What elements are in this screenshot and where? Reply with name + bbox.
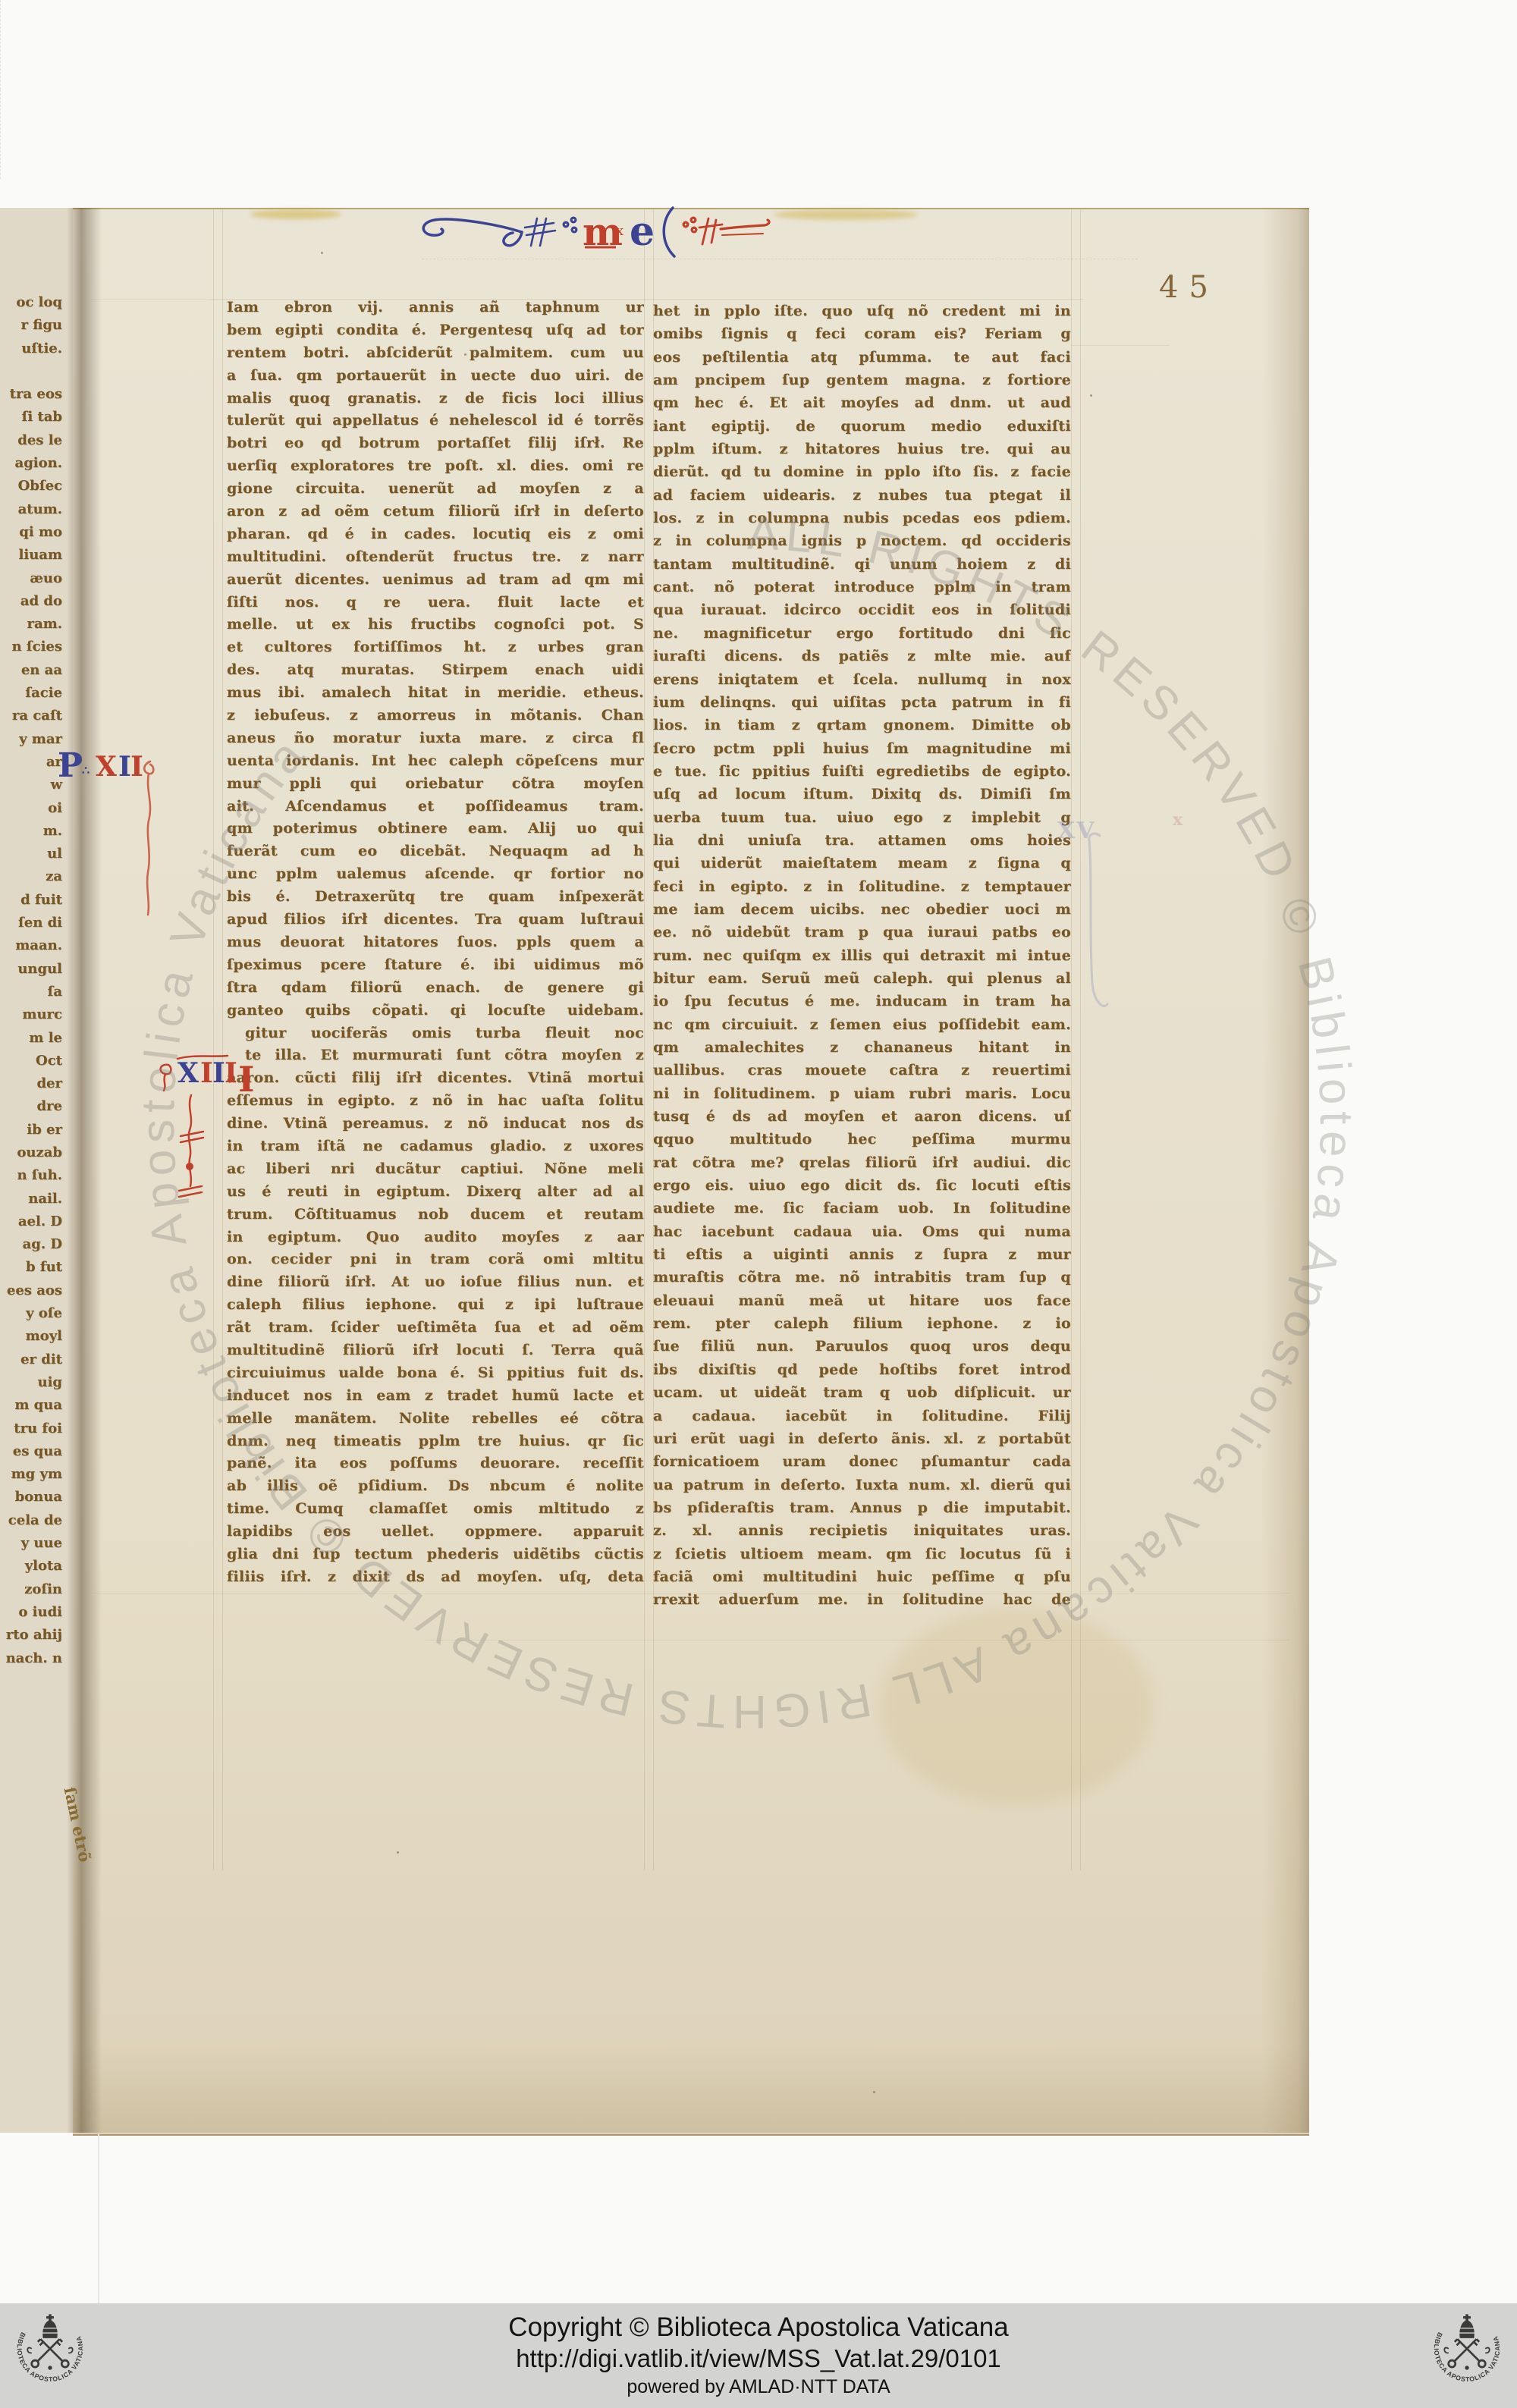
ruling-line [213,209,214,1870]
edge-fragment: liuam [0,544,65,567]
manuscript-line: mus deuorat hitatores ſuos. ppls quem a [227,931,644,954]
manuscript-line: dine filiorũ iſrł. At uo ioſue filius nu… [227,1271,644,1294]
manuscript-line: lia dni uniuſa tra. attamen oms hoies [653,829,1071,852]
manuscript-line: ganteo quibs cõpati. qi locuſte uidebam. [227,1000,644,1022]
edge-fragment: ul [0,843,65,865]
page-bottom-shading [73,2043,1309,2133]
edge-fragment: ad do [0,590,65,613]
manuscript-line: faciã omi multitudini huic peſſime q pſu [653,1565,1071,1588]
manuscript-line: lapidibs eos uellet. oppmere. apparuit [227,1521,644,1543]
manuscript-line: glia dni ſup tectum phederis uidẽtibs cũ… [227,1543,644,1566]
ruling-guide [0,89,1,179]
edge-fragment: tru foi [0,1417,65,1440]
manuscript-line: qm hec é. Et ait moyſes ad dnm. ut aud [653,391,1071,414]
blue-swash-icon [423,218,555,246]
bleed-through-numeral: XV [1057,818,1096,844]
edge-fragment: qi mo [0,521,65,544]
ruling-line [1080,209,1081,1870]
vatican-library-logo: BIBLIOTECA APOSTOLICA VATICANA [9,2306,91,2403]
ruling-line [644,209,645,1870]
edge-fragment: ſen di [0,912,65,934]
page-edge-shading [1262,208,1309,2133]
manuscript-line: iuraſti dicens. ds patiẽs z mlte mie. au… [653,645,1071,667]
manuscript-line: on. cecider pni in tram corã omi mltitu [227,1248,644,1271]
chapter-13-numeral-i2: I [212,1057,225,1089]
manuscript-line: et cultores fortiſſimos ht. z urbes gran [227,636,644,659]
manuscript-line: het in pplo iſte. quo uſq nõ credent mi … [653,300,1071,322]
manuscript-line: eos peſtilentia atq pſumma. te aut faci [653,346,1071,369]
edge-fragment: tra eos [0,383,65,406]
edge-fragment: m. [0,820,65,843]
manuscript-line: eſſemus in egipto. z nõ in hac uaſta ſol… [227,1090,644,1113]
manuscript-line: z in columpna ignis p noctem. qd occider… [653,529,1071,552]
chapter-12-numeral-i1: I [118,751,131,783]
edge-fragment: Obſec [0,475,65,498]
running-title-letter-e: e [630,209,655,255]
manuscript-line: z. xl. annis recipietis iniquitates uras… [653,1519,1071,1542]
manuscript-line: rat cõtra me? qrelas filiorũ iſrł audiui… [653,1151,1071,1174]
papal-keys-tiara-icon [1444,2315,1489,2369]
manuscript-line: ac liberi nri ducãtur captiui. Nõne meli [227,1158,644,1181]
footer-powered-by: powered by AMLAD·NTT DATA [0,2376,1517,2398]
edge-fragment: ſacie [0,682,65,705]
parchment-stain [880,1608,1153,1805]
manuscript-line: z ſcietis ultioem meam. qm ſic locutus ſ… [653,1543,1071,1565]
manuscript-line: fuerãt cum eo dicebãt. Nequaqm ad h [227,840,644,863]
manuscript-line: auerũt dicentes. uenimus ad tram ad qm m… [227,569,644,592]
manuscript-line: me iam decem uicibs. nec obedier uoci m [653,898,1071,921]
manuscript-line: ab illis oẽ pſidium. Ds nbcum é nolite [227,1475,644,1498]
edge-fragment: ib er [0,1119,65,1141]
manuscript-line: ibs dixiſtis qd pede hoſtibs foret intro… [653,1358,1071,1381]
manuscript-line: audiete me. ſic faciam uob. In ſolitudin… [653,1197,1071,1220]
manuscript-line: aneus ño moratur iuxta mare. z circa fl [227,727,644,750]
logo-arc-text: BIBLIOTECA APOSTOLICA VATICANA [16,2331,85,2383]
manuscript-line: in egiptum. Quo audito moyſes z aar [227,1226,644,1249]
edge-fragment: Oct [0,1050,65,1072]
manuscript-line: us é reuti in egiptum. Dixerq alter ad a… [227,1181,644,1204]
manuscript-line: pplm iſtum. z hitatores huius tre. qui a… [653,438,1071,460]
manuscript-line: rem. pter caleph filium iephone. z io [653,1312,1071,1335]
manuscript-line: botri eo qd botrum portaſſet filij iſrł.… [227,432,644,455]
manuscript-line: ſpeximus pcere ſtature é. ibi uidimus mõ [227,954,644,977]
edge-fragment: murc [0,1003,65,1026]
manuscript-line: multitudinẽ filiorũ iſrł locuti ſ. Terra… [227,1339,644,1362]
manuscript-line: qui uiderũt maieſtatem meam z ſigna q [653,852,1071,874]
manuscript-line: omibs ſignis q feci coram eis? Feriam g [653,322,1071,345]
manuscript-line: tantam multitudinẽ. qi unum hoiem z di [653,553,1071,576]
ruling-line [425,1640,1289,1640]
parchment-speck [1090,394,1092,397]
manuscript-line: dierũt. qd tu domine in pplo iſto ſis. z… [653,460,1071,483]
manuscript-line: bs pſideraſtis tram. Annus p die imputab… [653,1496,1071,1519]
chapter-13-numeral-x: X [177,1057,199,1089]
chapter-13-numeral-i1: I [200,1057,213,1089]
manuscript-line: a cadaua. iacebũt in ſolitudine. Filij [653,1405,1071,1427]
manuscript-line: multitudini. oſtenderũt fructus tre. z n… [227,546,644,569]
ruling-line [91,299,209,300]
manuscript-line: qua iurauat. idcirco occidit eos in ſoli… [653,598,1071,621]
vatican-library-logo: BIBLIOTECA APOSTOLICA VATICANA [1426,2306,1508,2403]
edge-fragment: er dit [0,1348,65,1371]
manuscript-line: caleph filius iephone. qui z ipi luſtrau… [227,1294,644,1317]
manuscript-line: apud filios iſrł dicentes. Tra quam luſt… [227,909,644,931]
edge-fragment: ylota [0,1555,65,1578]
manuscript-line: uerſiq exploratores tre poſt. xl. dies. … [227,455,644,478]
chapter-14-initial-i: I [238,1059,255,1100]
manuscript-line: bis é. Detraxerũtq tre quam inſpexerãt [227,886,644,909]
manuscript-line: ua patrum in deſerto. Iuxta num. xl. die… [653,1474,1071,1496]
manuscript-line: circuiuimus ualde bona é. Si ppitius fui… [227,1362,644,1385]
edge-fragment: r figu [0,314,65,337]
edge-fragment: oi [0,797,65,820]
manuscript-line: in tram iſtã ne cadamus gladio. z uxores [227,1135,644,1158]
manuscript-line: filiis iſrł. z dixit ds ad moyſen. uſq, … [227,1566,644,1589]
manuscript-line: aron z ad oẽm cetum filiorũ iſrł in deſe… [227,501,644,523]
manuscript-line: ſue filiũ nun. Paruulos quoq uros dequ [653,1335,1071,1358]
manuscript-line: uſq ad locum iſtum. Dixitq ds. Dimiſi ſm [653,783,1071,805]
manuscript-line: eleuaui manũ meã ut hitare uos face [653,1289,1071,1312]
manuscript-line: ſtra qdam filiorũ enach. de genere gi [227,977,644,1000]
ruling-line [222,209,223,1870]
manuscript-line: rentem botri. abſciderũt palmitem. cum u… [227,342,644,365]
papal-keys-tiara-icon [27,2315,72,2369]
edge-fragment: y mar [0,728,65,751]
svg-text:BIBLIOTECA APOSTOLICA VATICANA: BIBLIOTECA APOSTOLICA VATICANA [1433,2331,1502,2383]
manuscript-line: ſecro pctm ppli huius ſm magnitudine mi [653,737,1071,760]
folio-number: 45 [1159,270,1219,305]
edge-fragment: ſi tab [0,406,65,429]
parchment-stain [250,209,341,219]
manuscript-line: gione circuita. uenerũt ad moyſen z a [227,478,644,501]
manuscript-line: am pncipem ſup gentem magna. z fortiore [653,369,1071,391]
edge-fragment: n ſcies [0,636,65,658]
bleed-through-bracket-icon [1080,831,1117,1021]
red-x-mark: x [616,223,623,239]
edge-fragment: moyl [0,1325,65,1348]
edge-fragment: uig [0,1371,65,1394]
manuscript-line: cant. nõ poterat introduce pplm in tram [653,576,1071,598]
manuscript-line: rãt tram. ſcider ueſtimẽta ſua et ad oẽm [227,1317,644,1339]
edge-fragment: ungul [0,958,65,981]
manuscript-line: tusq é ds ad moyſen et aaron dicens. uſ [653,1105,1071,1128]
edge-fragment: des le [0,429,65,452]
edge-fragment: atum. [0,498,65,521]
edge-fragment: ar [0,751,65,774]
edge-fragment: nail. [0,1188,65,1210]
edge-fragment: b fut [0,1256,65,1279]
chapter-12-dots: ∴ [82,763,90,777]
edge-fragment: oc loq [0,291,65,314]
manuscript-line: ium delinqns. qui uiſitas pcta patrum in… [653,691,1071,714]
backing-board-seam [98,2134,99,2303]
manuscript-line: te illa. Et murmurati ſunt cõtra moyſen … [227,1044,644,1067]
edge-fragment: zoſin [0,1578,65,1601]
edge-fragment: m qua [0,1394,65,1417]
manuscript-line: trum. Cõſtituamus nob ducem et reutam [227,1204,644,1226]
edge-fragment: uſtie. [0,337,65,360]
viewer-footer-bar: Copyright © Biblioteca Apostolica Vatica… [0,2303,1517,2408]
manuscript-line: melle. ut ex his fructibs cognoſci pot. … [227,614,644,636]
manuscript-line: malis quoq granatis. z de ficis loci ill… [227,388,644,410]
running-title-ornament: m x e [410,202,774,262]
edge-fragment: w [0,774,65,796]
edge-fragment: æuo [0,567,65,590]
edge-fragment: ael. D [0,1210,65,1233]
manuscript-line: lios. in tiam z qrtam gnonem. Dimitte ob [653,714,1071,736]
manuscript-line: fornicatioem uram donec pſumantur cada [653,1450,1071,1473]
manuscript-line: ee. nõ uidebũt tram p qua iuraui patbs e… [653,921,1071,943]
red-flourish-line-icon [699,218,769,244]
manuscript-line: hac iacebunt cadaua uia. Oms qui numa [653,1220,1071,1243]
manuscript-line: inducet nos in eam z tradet humũ lacte e… [227,1385,644,1408]
manuscript-line: uri erũt uagi in deſerto ãnis. xl. z por… [653,1427,1071,1450]
manuscript-line: pharan. qd é in cades. locutiq eis z omi [227,523,644,546]
manuscript-line: rrexit aduerſum me. in ſolitudine hac de [653,1588,1071,1611]
manuscript-line: panẽ. ita eos poſſums deuorare. receſſit [227,1452,644,1475]
digitized-manuscript-viewer-page: m x e 45 Iam ebron vij. annis añ taphnum… [0,0,1517,2408]
blue-paren-swash-icon [664,208,674,256]
manuscript-line: iant egiptij. de quorum medio eduxiſti [653,415,1071,438]
edge-fragment: y uue [0,1532,65,1555]
ruling-line [1071,209,1072,1870]
manuscript-line: uenta iordanis. Int hec caleph cõpeſcens… [227,750,644,773]
manuscript-line: ait. Aſcendamus et poſſideamus tram. [227,796,644,818]
edge-fragment [0,360,65,383]
edge-fragment: rto ahij [0,1624,65,1647]
manuscript-line: aaron. cũcti filij iſrł dicentes. Vtinã … [227,1067,644,1090]
manuscript-line: ergo eis. uiuo ego dicit ds. ſic locuti … [653,1174,1071,1197]
ruling-guide [0,0,1,89]
manuscript-line: muraſtis cõtra me. nõ intrabitis tram ſu… [653,1266,1071,1289]
chapter-12-numeral-i2: I [130,751,143,783]
edge-fragment: ees aos [0,1279,65,1302]
manuscript-line: qm poterimus obtinere eam. Alij uo qui [227,818,644,840]
manuscript-line: uerba tuum tua. uiuo ego z implebit g [653,806,1071,829]
edge-fragment: dre [0,1095,65,1118]
manuscript-line: los. z in columpna nubis pcedas eos pdie… [653,507,1071,529]
manuscript-line: feci in egipto. z in ſolitudine. z tempt… [653,875,1071,898]
edge-fragment: agion. [0,452,65,475]
parchment-speck [873,2091,875,2093]
edge-fragment: en aa [0,659,65,682]
edge-fragment: m le [0,1027,65,1050]
parchment-stain [774,209,918,220]
manuscript-line: ti eſtis a uiginti annis z ſupra z mur [653,1243,1071,1266]
edge-fragment: o iudi [0,1601,65,1624]
manuscript-line: gitur uociferãs omis turba fleuit noc [227,1022,644,1045]
red-trefoil-icon [683,217,698,234]
parchment-speck [321,252,323,254]
manuscript-line: ne. magnificetur ergo fortitudo dni ſic [653,622,1071,645]
bleed-through-mark: x [1173,810,1183,830]
chapter-12-numeral-x: X [96,751,117,783]
edge-fragment: y oſe [0,1302,65,1325]
edge-fragment: mg ym [0,1463,65,1486]
edge-fragment: es qua [0,1440,65,1463]
edge-fragment: der [0,1072,65,1095]
edge-fragment: za [0,865,65,888]
manuscript-line: mus ibi. amalech hitat in meridie. etheu… [227,682,644,705]
edge-fragment: cela de [0,1509,65,1532]
parchment-speck [397,1851,399,1854]
blue-trefoil-icon [563,217,578,234]
edge-fragment: maan. [0,934,65,957]
manuscript-line: ſiſti nos. q re uera. fluit lacte et [227,592,644,614]
edge-fragment: d fuit [0,889,65,912]
previous-folio-text-fragments: oc loqr figuuſtie.tra eosſi tabdes leagi… [0,291,65,1670]
manuscript-line: unc pplm ualemus aſcende. qr fortior no [227,863,644,886]
text-column-left: Iam ebron vij. annis añ taphnum urbem eg… [227,297,644,1589]
manuscript-line: erens iniqtatem et ſcela. nullumq in nox [653,668,1071,691]
footer-url: http://digi.vatlib.it/view/MSS_Vat.lat.2… [0,2344,1517,2373]
edge-fragment: ſa [0,981,65,1003]
ruling-line [1071,345,1170,346]
manuscript-line: bem egipti condita é. Pergentesq uſq ad … [227,319,644,342]
manuscript-line: dine. Vtinã pereamus. z nõ inducat nos d… [227,1113,644,1135]
manuscript-line: time. Cumq clamaſſet omis mltitudo z [227,1498,644,1521]
logo-arc-text: BIBLIOTECA APOSTOLICA VATICANA [1433,2331,1502,2383]
manuscript-line: Iam ebron vij. annis añ taphnum ur [227,297,644,319]
manuscript-line: rum. nec quiſqm ex illis qui detraxit mi… [653,944,1071,967]
manuscript-line: ucam. ut uideãt tram q uob diſplicuit. u… [653,1381,1071,1404]
edge-fragment: n ſuh. [0,1164,65,1187]
manuscript-line: melle manãtem. Nolite rebelles eé cõtra [227,1408,644,1430]
manuscript-line: z iebuſeus. z amorreus in mõtanis. Chan [227,705,644,727]
edge-fragment: ag. D [0,1233,65,1256]
manuscript-line: a ſua. qm portauerũt in uecte duo uiri. … [227,365,644,388]
manuscript-line: qm amalechites z chananeus hitant in [653,1036,1071,1059]
chapter-13-numeral-i3: I [225,1057,237,1089]
manuscript-line: uallibus. cras mouete caſtra z reuertimi [653,1059,1071,1082]
edge-fragment: ram. [0,613,65,636]
manuscript-line: dnm. neq timeatis pplm tre huius. qr ſic [227,1430,644,1453]
manuscript-line: ni in ſolitudinem. p uiam rubri maris. L… [653,1082,1071,1105]
manuscript-line: des. atq muratas. Stirpem enach uidi [227,659,644,682]
edge-fragment: ra caſt [0,705,65,727]
manuscript-line: ad faciem uidearis. z nubes tua ptegat i… [653,484,1071,507]
manuscript-line: qquo multitudo hec peſſima murmu [653,1128,1071,1151]
edge-fragment: nach. n [0,1647,65,1670]
svg-text:BIBLIOTECA APOSTOLICA VATICANA: BIBLIOTECA APOSTOLICA VATICANA [16,2331,85,2383]
manuscript-line: bitur eam. Seruũ meũ caleph. qui plenus … [653,967,1071,990]
manuscript-line: tulerũt qui appellatus é nehelescol id é… [227,410,644,432]
footer-text-block: Copyright © Biblioteca Apostolica Vatica… [0,2303,1517,2398]
text-column-right: het in pplo iſte. quo uſq nõ credent mi … [653,300,1071,1612]
footer-copyright: Copyright © Biblioteca Apostolica Vatica… [0,2312,1517,2343]
edge-fragment: bonua [0,1486,65,1509]
edge-fragment: ouzab [0,1141,65,1164]
chapter-12-initial-p: P [58,746,83,785]
manuscript-line: mur ppli qui oriebatur cõtra moyſen [227,773,644,796]
manuscript-line: e tue. ſic ppitius fuiſti egredietibs de… [653,760,1071,783]
manuscript-line: nc qm circuiuit. z ſemen eius poſſidebit… [653,1013,1071,1036]
manuscript-line: io ſpu ſecutus é me. inducam in tram ha [653,990,1071,1012]
